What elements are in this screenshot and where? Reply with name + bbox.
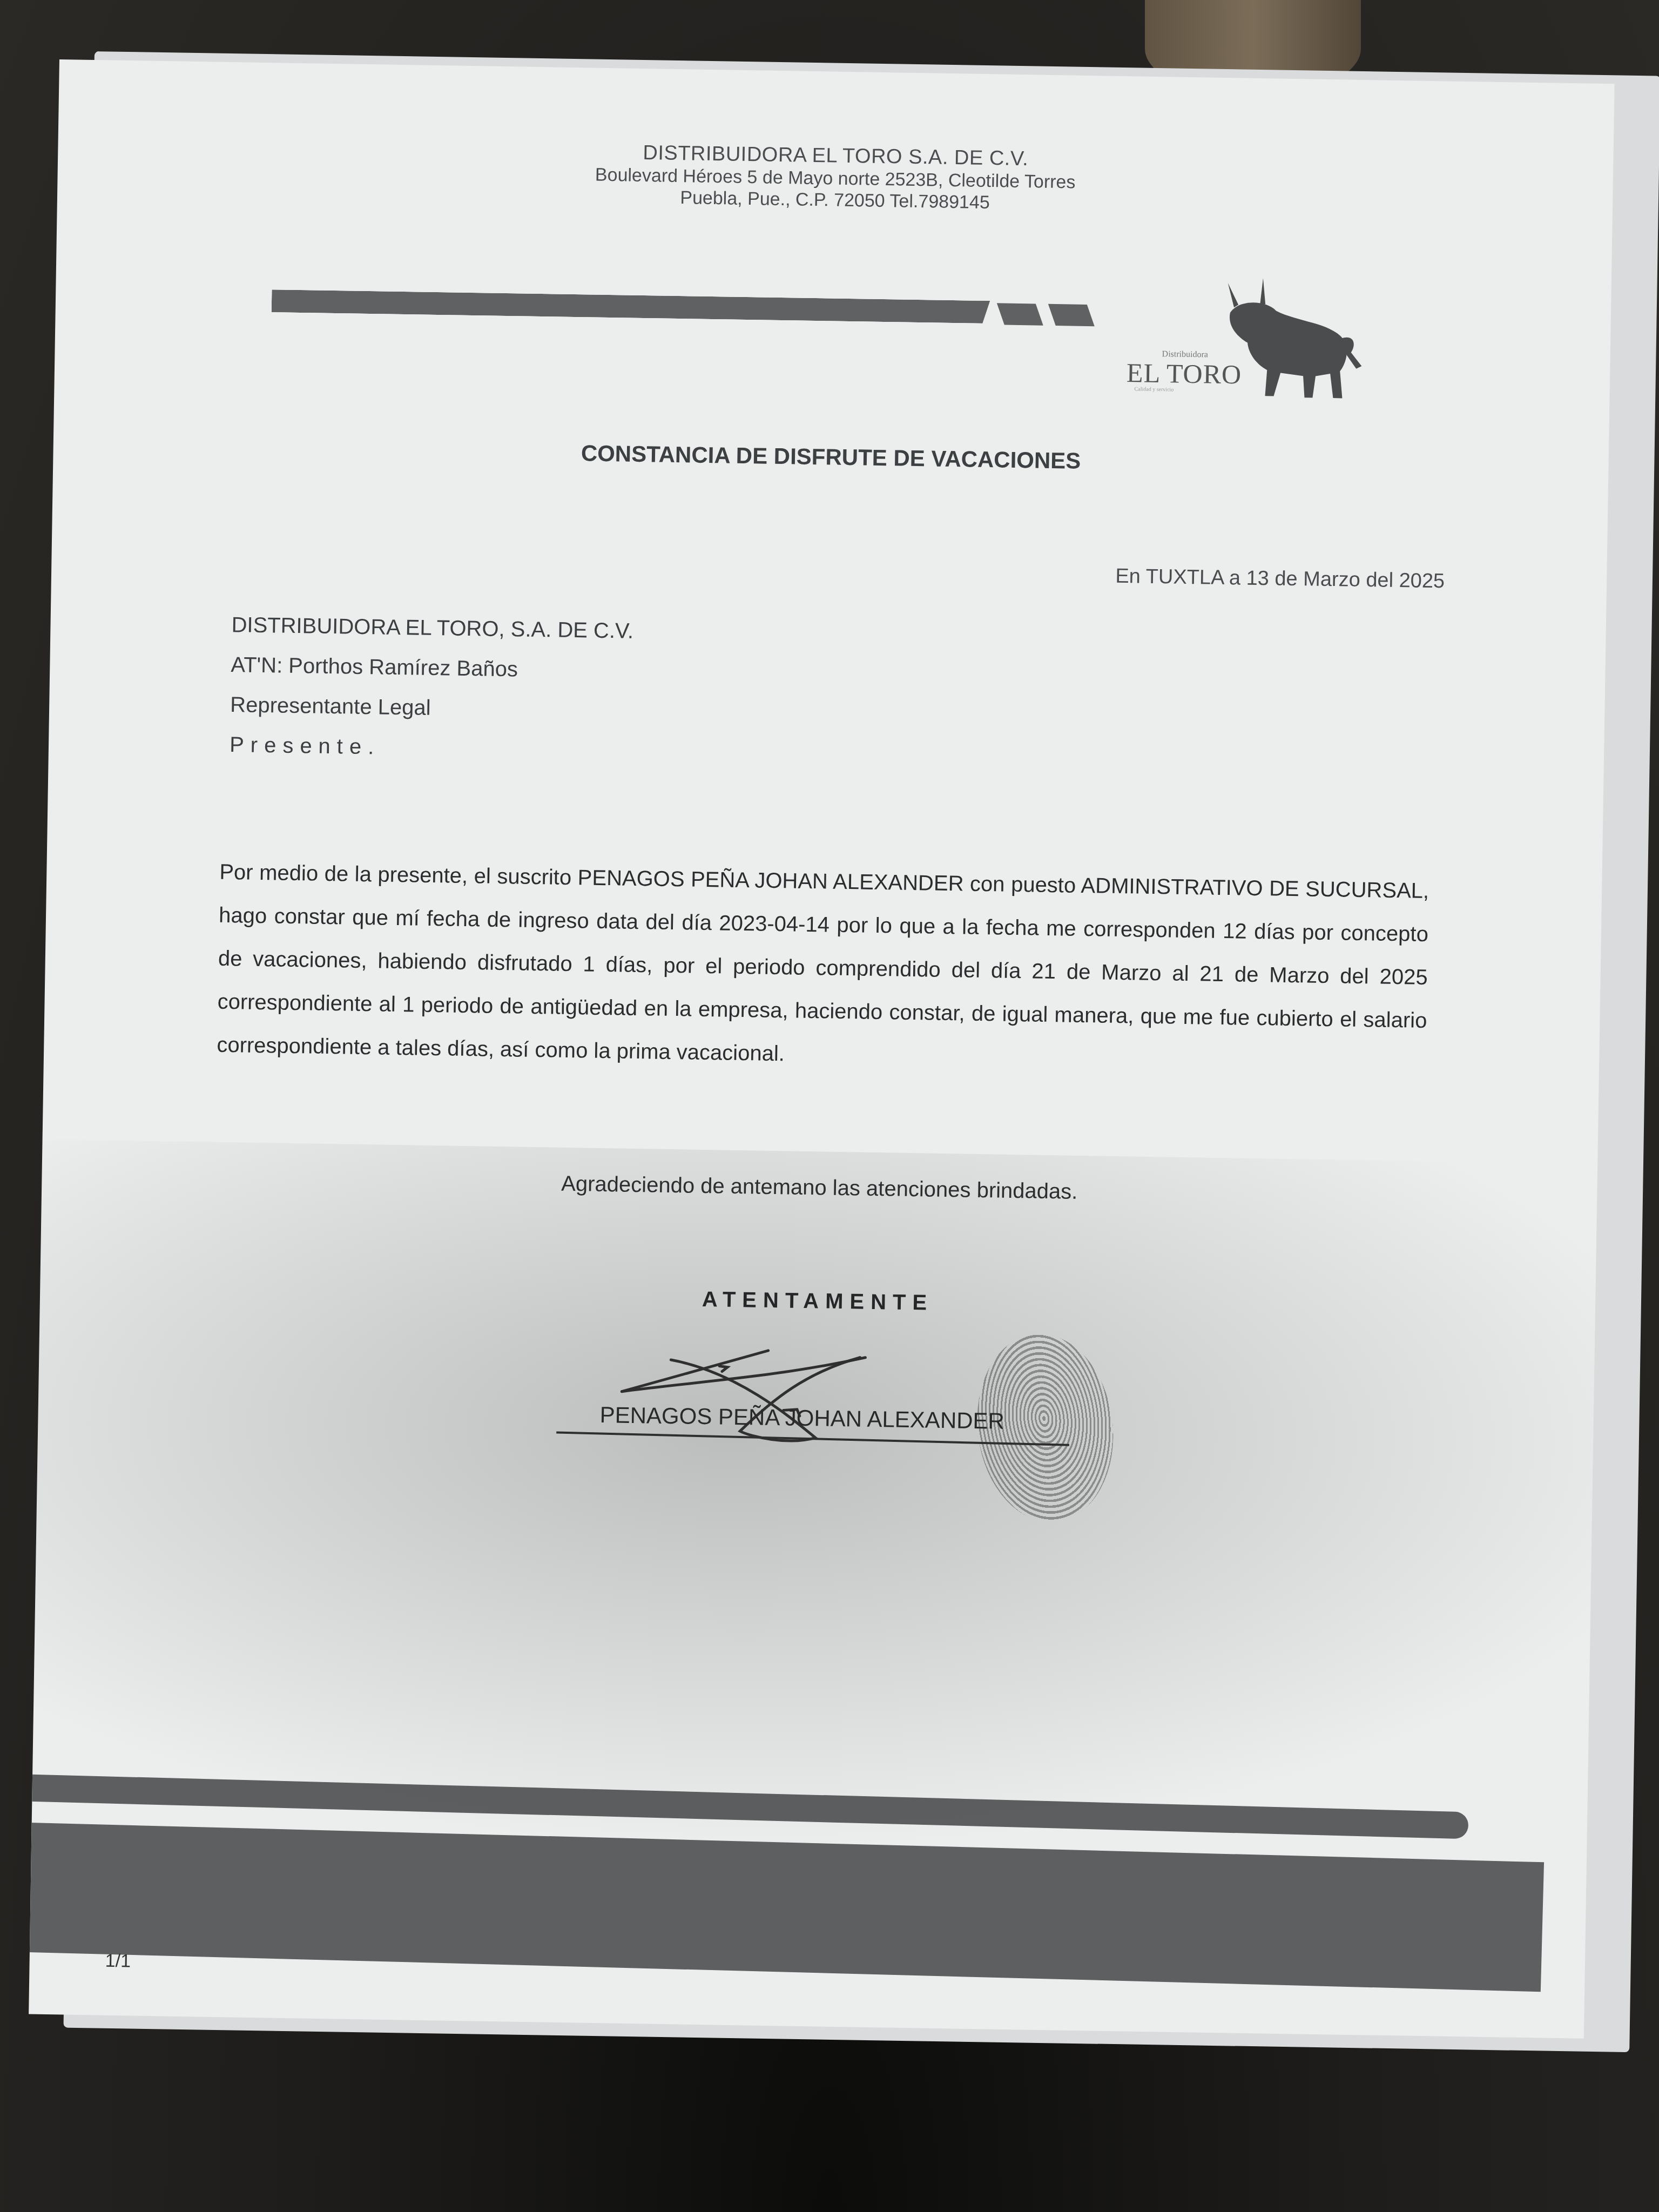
addressee-attention: AT'N: Porthos Ramírez Baños [231, 645, 633, 691]
header-decorative-dash [1048, 304, 1095, 326]
company-logo: Distribuidora EL TORO Calidad y servicio [1102, 259, 1385, 404]
footer-decorative-band [29, 1823, 1544, 1992]
addressee-block: DISTRIBUIDORA EL TORO, S.A. DE C.V. AT'N… [230, 605, 634, 771]
logo-brand-text: EL TORO [1127, 357, 1242, 390]
document-title: CONSTANCIA DE DISFRUTE DE VACACIONES [53, 432, 1608, 482]
sign-off: ATENTAMENTE [40, 1277, 1595, 1326]
addressee-role: Representante Legal [230, 685, 633, 731]
closing-line: Agradeciendo de antemano las atenciones … [42, 1164, 1597, 1212]
page-number: 1/1 [105, 1951, 131, 1972]
document-page: DISTRIBUIDORA EL TORO S.A. DE C.V. Boule… [29, 59, 1615, 2039]
place-and-date: En TUXTLA a 13 de Marzo del 2025 [1115, 565, 1445, 594]
letterhead: DISTRIBUIDORA EL TORO S.A. DE C.V. Boule… [57, 132, 1614, 223]
addressee-company: DISTRIBUIDORA EL TORO, S.A. DE C.V. [231, 605, 634, 651]
header-decorative-bar [272, 289, 990, 323]
logo-tagline: Calidad y servicio [1135, 386, 1174, 393]
header-decorative-dash [997, 303, 1043, 325]
body-paragraph: Por medio de la presente, el suscrito PE… [217, 851, 1429, 1085]
addressee-greeting: Presente. [230, 725, 632, 771]
